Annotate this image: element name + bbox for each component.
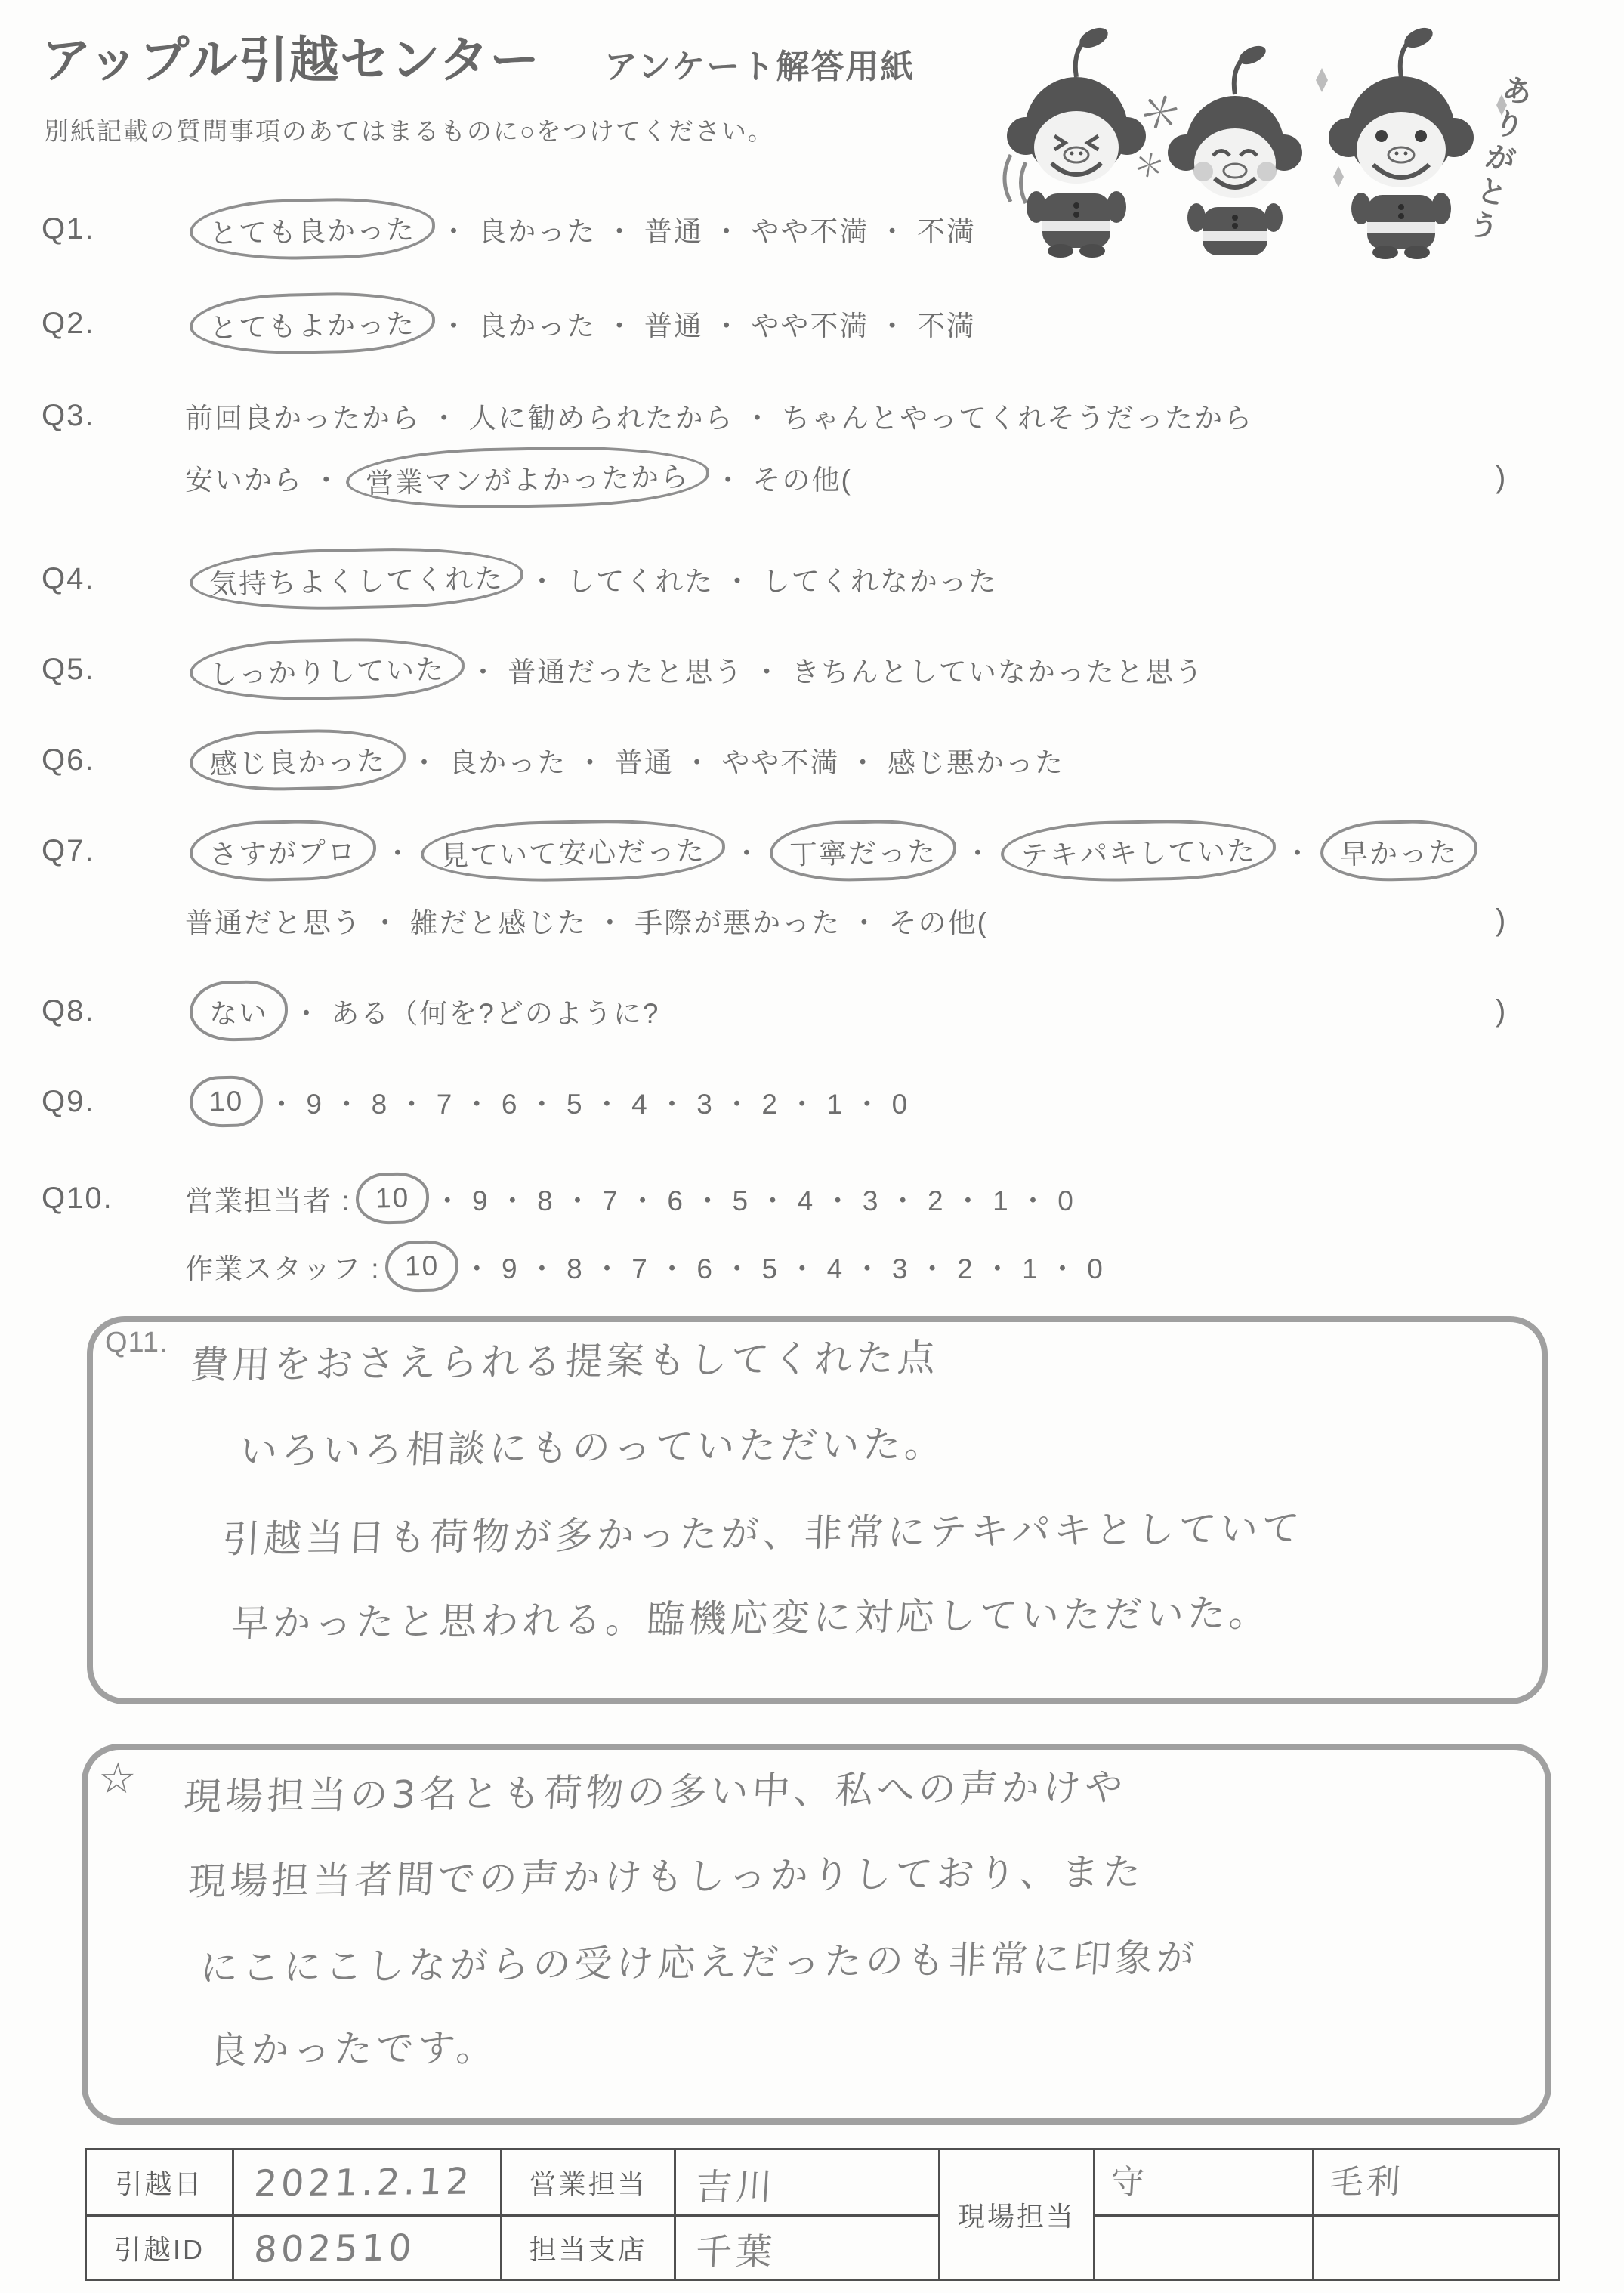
circled-answer: とても良かった bbox=[189, 196, 436, 262]
handwritten-line: 良かったです。 bbox=[208, 2017, 500, 2075]
option-text: ・ 9 ・ 8 ・ 7 ・ 6 ・ 5 ・ 4 ・ 3 ・ 2 ・ 1 ・ 0 bbox=[463, 1246, 1104, 1287]
close-paren: ) bbox=[1496, 904, 1507, 938]
q11-response-box: Q11. 費用をおさえられる提案もしてくれた点 いろいろ相談にものっていただいた… bbox=[87, 1316, 1548, 1704]
circled-answer: 見ていて安心だった bbox=[420, 817, 726, 884]
question-row-q6: Q6. 感じ良かった ・ 良かった ・ 普通 ・ やや不満 ・ 感じ悪かった bbox=[42, 731, 1582, 789]
circled-answer: 感じ良かった bbox=[189, 728, 406, 793]
scale-sublabel: 営業担当者 : bbox=[185, 1178, 351, 1219]
star-marker: ☆ bbox=[97, 1754, 141, 1804]
table-row: 引越日 2021.2.12 営業担当 吉川 現場担当 守 毛利 bbox=[86, 2149, 1559, 2216]
question-label: Q3. bbox=[42, 399, 185, 433]
move-id-value: 802510 bbox=[231, 2214, 503, 2282]
question-label: Q10. bbox=[42, 1182, 185, 1216]
move-date-value: 2021.2.12 bbox=[231, 2148, 503, 2217]
option-text: ・ してくれた ・ してくれなかった bbox=[528, 558, 998, 599]
option-text: 前回良かったから ・ 人に勧められたから ・ ちゃんとやってくれそうだったから bbox=[185, 395, 1253, 436]
instruction-text: 別紙記載の質問事項のあてはまるものに○をつけてください。 bbox=[44, 112, 774, 147]
circled-answer: しっかりしていた bbox=[189, 636, 465, 703]
question-label: Q5. bbox=[42, 653, 185, 687]
question-row-q5: Q5. しっかりしていた ・ 普通だったと思う ・ きちんとしていなかったと思う bbox=[42, 641, 1582, 698]
empty-cell bbox=[1314, 2216, 1559, 2280]
page-subtitle: アンケート解答用紙 bbox=[604, 39, 915, 88]
handwritten-line: いろいろ相談にものっていただいた。 bbox=[239, 1414, 948, 1476]
circled-answer: テキパキしていた bbox=[1000, 817, 1277, 884]
option-text: ・ 良かった ・ 普通 ・ やや不満 ・ 感じ悪かった bbox=[410, 740, 1064, 780]
branch-value: 千葉 bbox=[673, 2214, 941, 2282]
circled-answer: とてもよかった bbox=[189, 291, 436, 357]
sales-rep-value: 吉川 bbox=[673, 2148, 941, 2217]
option-separator: ・ bbox=[964, 830, 993, 871]
handwritten-line: にこにこしながらの受け応えだったのも非常に印象が bbox=[199, 1927, 1199, 1992]
circled-answer: 10 bbox=[384, 1240, 459, 1293]
question-row-q2: Q2. とてもよかった ・ 良かった ・ 普通 ・ やや不満 ・ 不満 bbox=[42, 295, 1582, 352]
option-text: ・ 9 ・ 8 ・ 7 ・ 6 ・ 5 ・ 4 ・ 3 ・ 2 ・ 1 ・ 0 bbox=[434, 1178, 1075, 1219]
question-row-q4: Q4. 気持ちよくしてくれた ・ してくれた ・ してくれなかった bbox=[42, 550, 1582, 607]
handwritten-line: 現場担当者間での声かけもしっかりしており、また bbox=[187, 1841, 1146, 1905]
field-staff-label: 現場担当 bbox=[940, 2149, 1095, 2280]
table-row: 引越ID 802510 担当支店 千葉 bbox=[86, 2216, 1559, 2280]
option-text: 安いから ・ bbox=[185, 457, 341, 498]
handwritten-line: 現場担当の3名とも荷物の多い中、私への声かけや bbox=[182, 1757, 1128, 1821]
empty-cell bbox=[1095, 2216, 1314, 2280]
circled-answer: 10 bbox=[189, 1075, 264, 1128]
question-row-q7-line2: 普通だと思う ・ 雑だと感じた ・ 手際が悪かった ・ その他( ) bbox=[42, 892, 1582, 949]
question-label: Q7. bbox=[42, 834, 185, 868]
move-id-label: 引越ID bbox=[86, 2216, 233, 2280]
option-text: ・ ある（何を?どのように? bbox=[292, 990, 659, 1031]
star-note-box: ☆ 現場担当の3名とも荷物の多い中、私への声かけや 現場担当者間での声かけもしっ… bbox=[82, 1744, 1551, 2125]
question-label: Q6. bbox=[42, 743, 185, 777]
branch-label: 担当支店 bbox=[502, 2216, 675, 2280]
question-label: Q4. bbox=[42, 562, 185, 596]
sales-rep-label: 営業担当 bbox=[502, 2149, 675, 2216]
option-text: ・ その他( bbox=[714, 457, 852, 498]
question-row-q8: Q8. ない ・ ある（何を?どのように? ) bbox=[42, 982, 1582, 1040]
question-row-q10-sales: Q10. 営業担当者 : 10 ・ 9 ・ 8 ・ 7 ・ 6 ・ 5 ・ 4 … bbox=[42, 1170, 1582, 1227]
option-text: 普通だと思う ・ 雑だと感じた ・ 手際が悪かった ・ その他( bbox=[185, 900, 988, 941]
handwritten-line: 費用をおさえられる提案もしてくれた点 bbox=[190, 1327, 941, 1389]
option-text: ・ 普通だったと思う ・ きちんとしていなかったと思う bbox=[469, 649, 1204, 690]
option-separator: ・ bbox=[1283, 830, 1313, 871]
close-paren: ) bbox=[1496, 461, 1507, 495]
circled-answer: 気持ちよくしてくれた bbox=[189, 545, 524, 612]
footer-info-table: 引越日 2021.2.12 営業担当 吉川 現場担当 守 毛利 引越ID 802… bbox=[85, 2148, 1560, 2281]
question-row-q3-line1: Q3. 前回良かったから ・ 人に勧められたから ・ ちゃんとやってくれそうだっ… bbox=[42, 387, 1582, 444]
field-staff-name-1: 守 bbox=[1092, 2148, 1315, 2217]
svg-text:＊: ＊ bbox=[1130, 146, 1168, 187]
page-title: アップル引越センター bbox=[42, 20, 540, 91]
question-label: Q2. bbox=[42, 307, 185, 341]
scale-sublabel: 作業スタッフ : bbox=[185, 1246, 381, 1287]
motion-lines-icon bbox=[1005, 155, 1026, 203]
question-row-q7-line1: Q7. さすがプロ ・ 見ていて安心だった ・ 丁寧だった ・ テキパキしていた… bbox=[42, 822, 1582, 879]
circled-answer: ない bbox=[189, 980, 289, 1043]
circled-answer: 10 bbox=[355, 1172, 430, 1225]
question-label: Q11. bbox=[105, 1327, 168, 1359]
question-row-q10-staff: 作業スタッフ : 10 ・ 9 ・ 8 ・ 7 ・ 6 ・ 5 ・ 4 ・ 3 … bbox=[42, 1238, 1582, 1295]
question-label: Q8. bbox=[42, 994, 185, 1028]
close-paren: ) bbox=[1496, 994, 1507, 1028]
circled-answer: 営業マンがよかったから bbox=[345, 443, 710, 511]
move-date-label: 引越日 bbox=[86, 2149, 233, 2216]
circled-answer: 早かった bbox=[1320, 819, 1478, 882]
circled-answer: さすがプロ bbox=[189, 818, 377, 882]
option-text: ・ 良かった ・ 普通 ・ やや不満 ・ 不満 bbox=[440, 209, 976, 249]
survey-answer-sheet: アップル引越センター アンケート解答用紙 別紙記載の質問事項のあてはまるものに○… bbox=[0, 0, 1624, 2293]
option-text: ・ 9 ・ 8 ・ 7 ・ 6 ・ 5 ・ 4 ・ 3 ・ 2 ・ 1 ・ 0 bbox=[267, 1081, 909, 1122]
question-row-q9: Q9. 10 ・ 9 ・ 8 ・ 7 ・ 6 ・ 5 ・ 4 ・ 3 ・ 2 ・… bbox=[42, 1073, 1582, 1130]
question-label: Q1. bbox=[42, 212, 185, 246]
question-row-q1: Q1. とても良かった ・ 良かった ・ 普通 ・ やや不満 ・ 不満 bbox=[42, 200, 1582, 258]
handwritten-line: 早かったと思われる。臨機応変に対応していただいた。 bbox=[230, 1583, 1272, 1648]
field-staff-name-2: 毛利 bbox=[1311, 2148, 1561, 2217]
option-separator: ・ bbox=[733, 830, 762, 871]
question-label: Q9. bbox=[42, 1085, 185, 1119]
circled-answer: 丁寧だった bbox=[769, 818, 957, 882]
handwritten-line: 引越当日も荷物が多かったが、非常にテキパキとしていて bbox=[221, 1498, 1304, 1564]
option-text: ・ 良かった ・ 普通 ・ やや不満 ・ 不満 bbox=[440, 303, 976, 344]
option-separator: ・ bbox=[384, 830, 413, 871]
question-row-q3-line2: 安いから ・ 営業マンがよかったから ・ その他( ) bbox=[42, 449, 1582, 506]
